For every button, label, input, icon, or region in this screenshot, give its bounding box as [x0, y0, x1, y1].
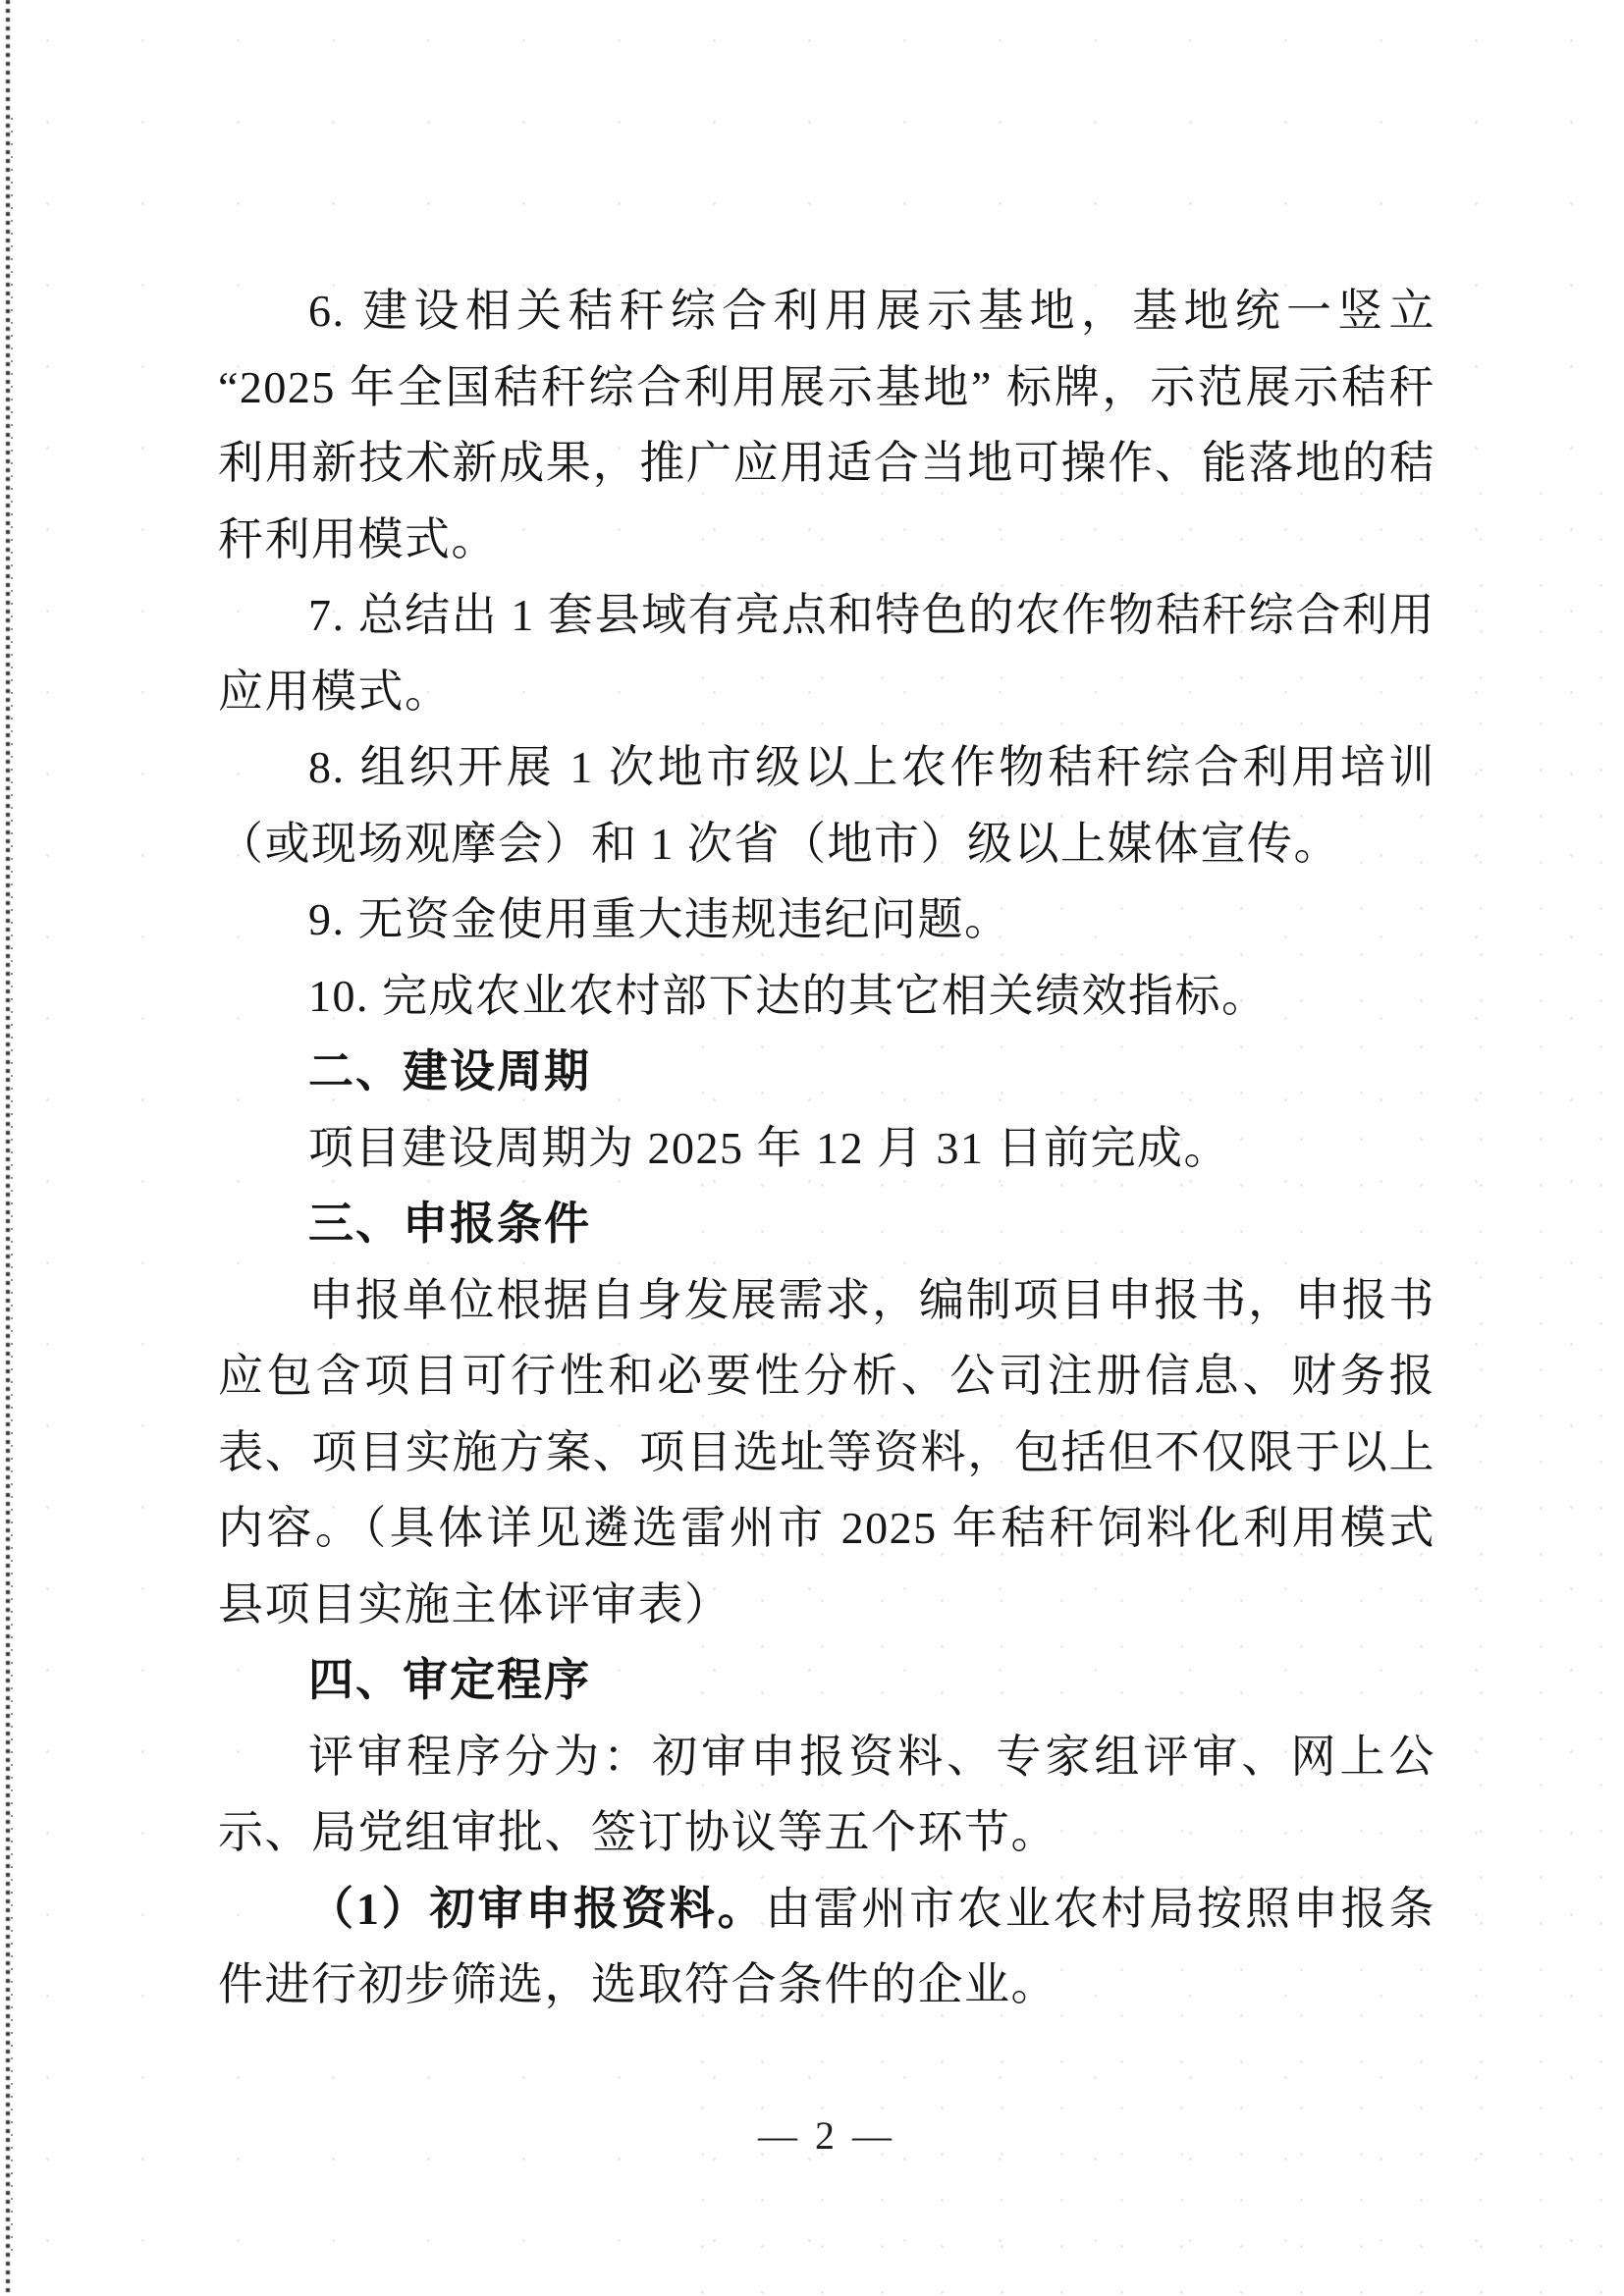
scan-edge-artifact-secondary: [11, 118, 13, 2257]
section-heading-review-procedure: 四、审定程序: [218, 1642, 1435, 1719]
paragraph-item-10: 10. 完成农业农村部下达的其它相关绩效指标。: [218, 958, 1435, 1035]
paragraph-construction-period: 项目建设周期为 2025 年 12 月 31 日前完成。: [218, 1110, 1435, 1187]
document-body: 6. 建设相关秸秆综合利用展示基地，基地统一竖立 “2025 年全国秸秆综合利用…: [218, 273, 1435, 2023]
section-heading-construction-period: 二、建设周期: [218, 1034, 1435, 1110]
scan-edge-artifact: [6, 0, 10, 2296]
paragraph-item-7: 7. 总结出 1 套县域有亮点和特色的农作物秸秆综合利用应用模式。: [218, 577, 1435, 729]
paragraph-item-8: 8. 组织开展 1 次地市级以上农作物秸秆综合利用培训（或现场观摩会）和 1 次…: [218, 729, 1435, 881]
scanned-document-page: 6. 建设相关秸秆综合利用展示基地，基地统一竖立 “2025 年全国秸秆综合利用…: [0, 0, 1624, 2296]
paragraph-initial-review-lead: （1）初审申报资料。: [308, 1884, 765, 1934]
paragraph-review-procedure: 评审程序分为：初审申报资料、专家组评审、网上公示、局党组审批、签订协议等五个环节…: [218, 1719, 1435, 1871]
paragraph-item-9: 9. 无资金使用重大违规违纪问题。: [218, 881, 1435, 958]
paragraph-item-6: 6. 建设相关秸秆综合利用展示基地，基地统一竖立 “2025 年全国秸秆综合利用…: [218, 273, 1435, 577]
page-number: — 2 —: [218, 2112, 1435, 2159]
paragraph-application-conditions: 申报单位根据自身发展需求，编制项目申报书，申报书应包含项目可行性和必要性分析、公…: [218, 1262, 1435, 1643]
section-heading-application-conditions: 三、申报条件: [218, 1186, 1435, 1262]
paragraph-initial-review: （1）初审申报资料。由雷州市农业农村局按照申报条件进行初步筛选，选取符合条件的企…: [218, 1871, 1435, 2023]
